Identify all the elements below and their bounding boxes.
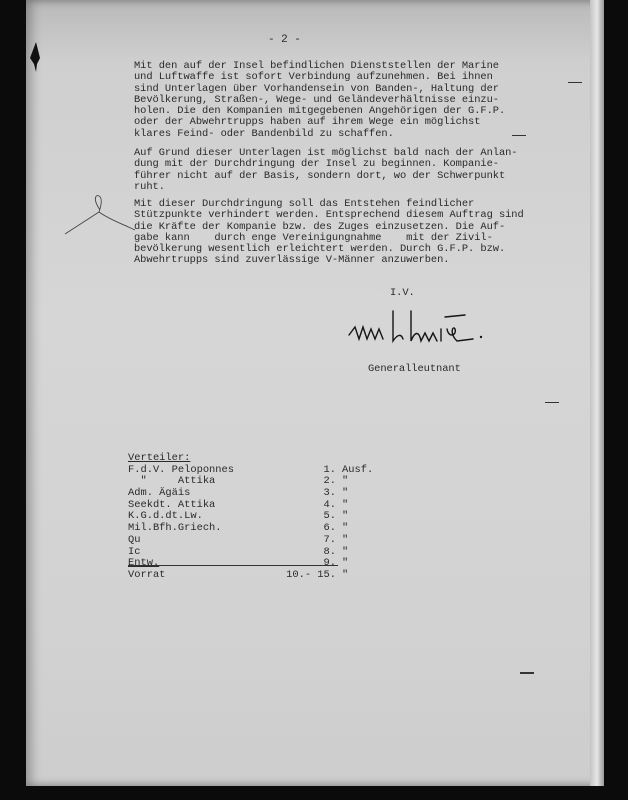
stray-mark [520, 672, 534, 674]
distribution-row: Vorrat10.- 15." [128, 570, 372, 582]
page-edge [590, 0, 604, 786]
paragraph-2: Auf Grund dieser Unterlagen ist möglichs… [134, 148, 518, 193]
paragraph-1: Mit den auf der Insel befindlichen Diens… [134, 61, 505, 140]
page-number: - 2 - [268, 35, 301, 46]
handwritten-signature: von le Suire [345, 305, 495, 355]
paragraph-3: Mit dieser Durchdringung soll das Entste… [134, 199, 524, 267]
signatory-rank: Generalleutnant [368, 364, 461, 375]
distribution-list: Verteiler: F.d.V. Peloponnes1.Ausf. " At… [128, 453, 372, 582]
distribution-row: Qu7." [128, 535, 372, 547]
signature-prefix: I.V. [390, 288, 415, 299]
distribution-row: Adm. Ägäis3." [128, 488, 372, 500]
ink-blot-mark [28, 40, 42, 74]
stray-mark [568, 82, 582, 83]
handwritten-margin-mark [55, 190, 135, 250]
stray-mark [545, 402, 559, 403]
stray-mark [512, 135, 526, 136]
distribution-heading: Verteiler: [128, 453, 280, 465]
distribution-divider [128, 565, 338, 566]
